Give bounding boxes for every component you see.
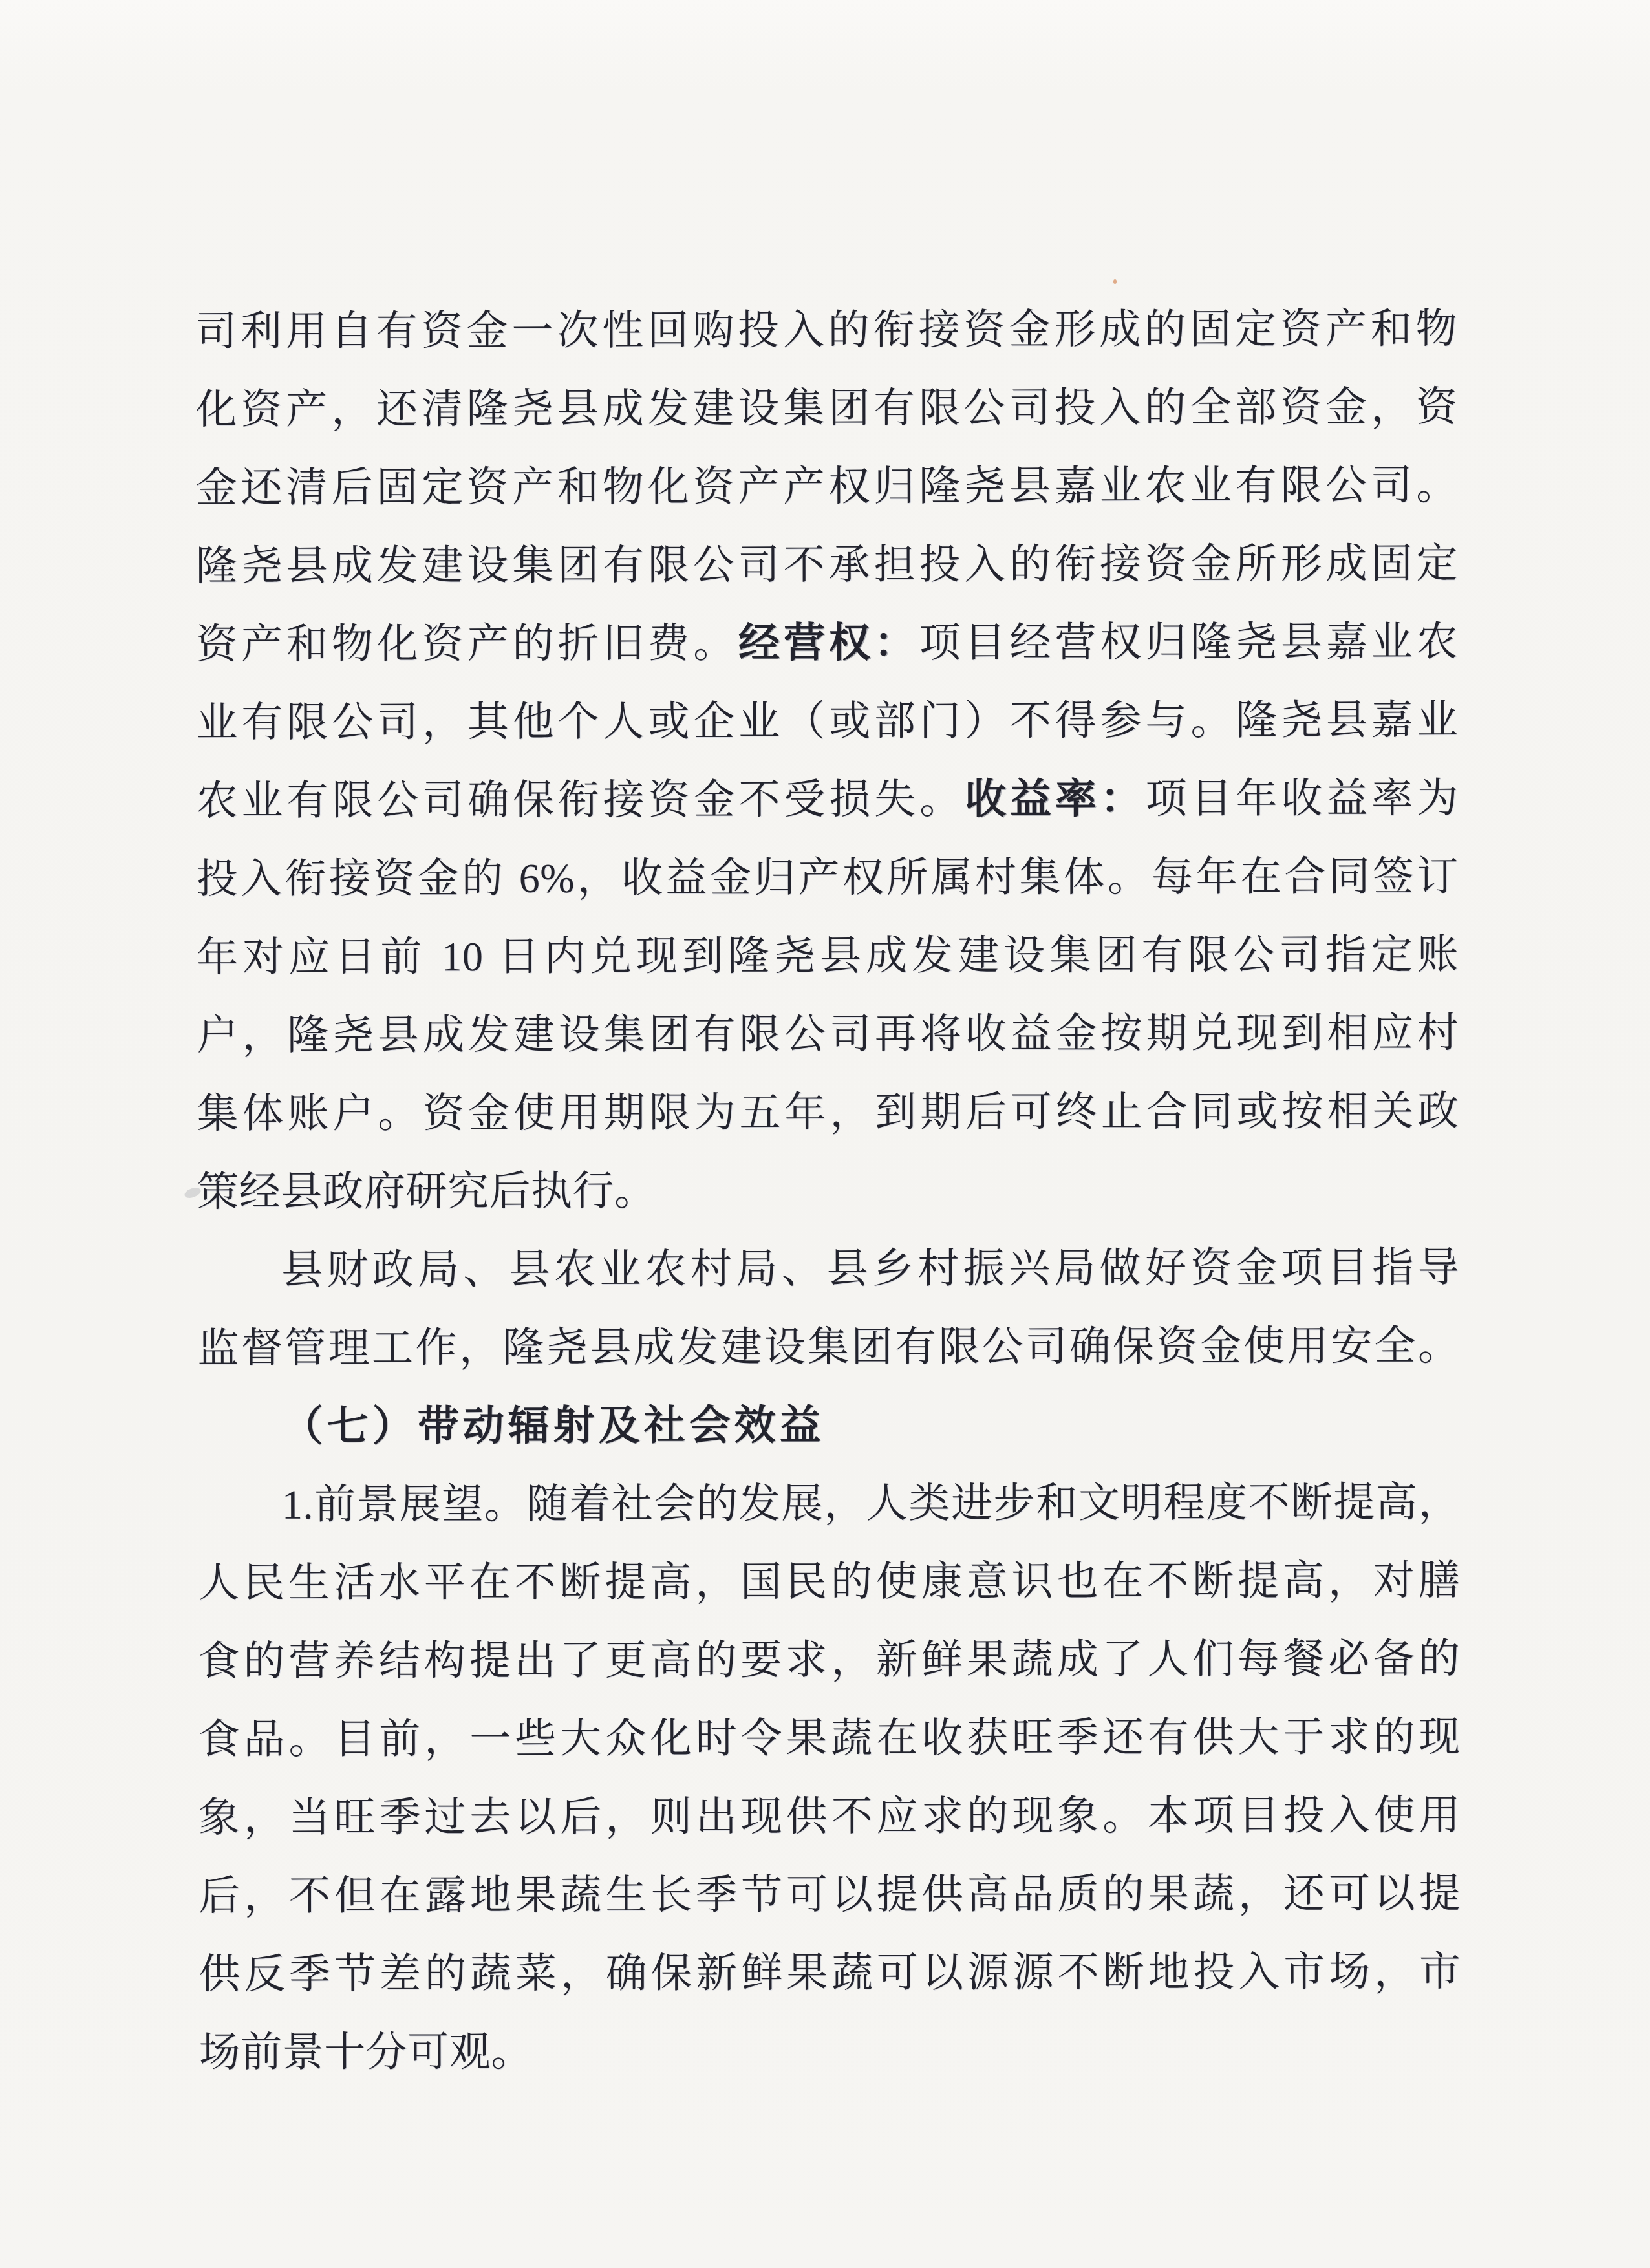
text-segment: 食的营养结构提出了更高的要求，新鲜果蔬成了人们每餐必备的	[198, 1636, 1460, 1684]
text-segment: 项目年收益率为	[1146, 775, 1459, 822]
text-segment: 监督管理工作，隆尧县成发建设集团有限公司确保资金使用安全。	[197, 1323, 1459, 1371]
text-line-19: 食品。目前，一些大众化时令果蔬在收获旺季还有供大于求的现	[198, 1698, 1461, 1779]
text-segment: （七）带动辐射及社会效益	[282, 1402, 825, 1450]
text-line-18: 食的营养结构提出了更高的要求，新鲜果蔬成了人们每餐必备的	[198, 1620, 1460, 1700]
text-line-20: 象，当旺季过去以后，则出现供不应求的现象。本项目投入使用	[198, 1776, 1461, 1857]
text-segment: 项目经营权归隆尧县嘉业农	[919, 619, 1459, 666]
text-block: 司利用自有资金一次性回购投入的衔接资金形成的固定资产和物化资产，还清隆尧县成发建…	[195, 290, 1461, 2091]
text-segment: 农业有限公司确保衔接资金不受损失。	[197, 776, 965, 824]
text-segment: 象，当旺季过去以后，则出现供不应求的现象。本项目投入使用	[198, 1792, 1461, 1841]
text-line-14: 监督管理工作，隆尧县成发建设集团有限公司确保资金使用安全。	[197, 1307, 1459, 1387]
text-segment: 食品。目前，一些大众化时令果蔬在收获旺季还有供大于求的现	[198, 1714, 1461, 1762]
text-line-9: 年对应日前 10 日内兑现到隆尧县成发建设集团有限公司指定账	[197, 915, 1459, 996]
bold-run-label: 收益率：	[965, 776, 1146, 822]
text-segment: 供反季节差的蔬菜，确保新鲜果蔬可以源源不断地投入市场，市	[198, 1949, 1461, 1997]
text-line-7: 农业有限公司确保衔接资金不受损失。收益率：项目年收益率为	[197, 759, 1459, 840]
text-line-5: 资产和物化资产的折旧费。经营权：项目经营权归隆尧县嘉业农	[196, 603, 1458, 683]
text-line-4: 隆尧县成发建设集团有限公司不承担投入的衔接资金所形成固定	[196, 524, 1458, 605]
text-segment: 1.前景展望。随着社会的发展，人类进步和文明程度不断提高，	[282, 1479, 1460, 1528]
text-segment: 业有限公司，其他个人或企业（或部门）不得参与。隆尧县嘉业	[196, 697, 1458, 745]
text-segment: 资产和物化资产的折旧费。	[196, 620, 738, 667]
text-segment: 场前景十分可观。	[199, 2029, 533, 2075]
bold-run-label: 经营权：	[738, 620, 919, 667]
text-segment: 策经县政府研究后执行。	[197, 1168, 656, 1215]
text-line-16: 1.前景展望。随着社会的发展，人类进步和文明程度不断提高，	[198, 1463, 1460, 1544]
text-line-23: 场前景十分可观。	[199, 2011, 1461, 2091]
text-segment: 金还清后固定资产和物化资产产权归隆尧县嘉业农业有限公司。	[196, 462, 1458, 511]
text-line-3: 金还清后固定资产和物化资产产权归隆尧县嘉业农业有限公司。	[196, 446, 1458, 527]
text-segment: 化资产，还清隆尧县成发建设集团有限公司投入的全部资金，资	[195, 384, 1457, 433]
text-line-6: 业有限公司，其他个人或企业（或部门）不得参与。隆尧县嘉业	[196, 681, 1458, 762]
text-line-1: 司利用自有资金一次性回购投入的衔接资金形成的固定资产和物	[195, 290, 1457, 370]
section-heading-line: （七）带动辐射及社会效益	[198, 1385, 1460, 1466]
text-segment: 县财政局、县农业农村局、县乡村振兴局做好资金项目指导	[281, 1245, 1459, 1293]
text-segment: 隆尧县成发建设集团有限公司不承担投入的衔接资金所形成固定	[196, 540, 1458, 589]
text-segment: 年对应日前 10 日内兑现到隆尧县成发建设集团有限公司指定账	[197, 932, 1459, 980]
text-line-17: 人民生活水平在不断提高，国民的使康意识也在不断提高，对膳	[198, 1541, 1460, 1622]
text-line-13: 县财政局、县农业农村局、县乡村振兴局做好资金项目指导	[197, 1228, 1459, 1309]
text-line-8: 投入衔接资金的 6%，收益金归产权所属村集体。每年在合同签订	[197, 837, 1459, 918]
text-line-10: 户，隆尧县成发建设集团有限公司再将收益金按期兑现到相应村	[197, 994, 1459, 1075]
text-line-21: 后，不但在露地果蔬生长季节可以提供高品质的果蔬，还可以提	[198, 1854, 1461, 1935]
text-segment: 集体账户。资金使用期限为五年，到期后可终止合同或按相关政	[197, 1088, 1459, 1137]
text-segment: 人民生活水平在不断提高，国民的使康意识也在不断提高，对膳	[198, 1557, 1460, 1606]
scan-speck	[1113, 279, 1117, 284]
text-line-22: 供反季节差的蔬菜，确保新鲜果蔬可以源源不断地投入市场，市	[198, 1932, 1461, 2013]
text-segment: 司利用自有资金一次性回购投入的衔接资金形成的固定资产和物	[195, 306, 1457, 354]
text-segment: 后，不但在露地果蔬生长季节可以提供高品质的果蔬，还可以提	[198, 1870, 1461, 1919]
text-segment: 户，隆尧县成发建设集团有限公司再将收益金按期兑现到相应村	[197, 1010, 1459, 1058]
document-page: 司利用自有资金一次性回购投入的衔接资金形成的固定资产和物化资产，还清隆尧县成发建…	[0, 0, 1650, 2268]
text-line-11: 集体账户。资金使用期限为五年，到期后可终止合同或按相关政	[197, 1072, 1459, 1153]
text-line-2: 化资产，还清隆尧县成发建设集团有限公司投入的全部资金，资	[195, 368, 1457, 449]
text-line-12: 策经县政府研究后执行。	[197, 1150, 1459, 1231]
text-segment: 投入衔接资金的 6%，收益金归产权所属村集体。每年在合同签订	[197, 853, 1459, 902]
